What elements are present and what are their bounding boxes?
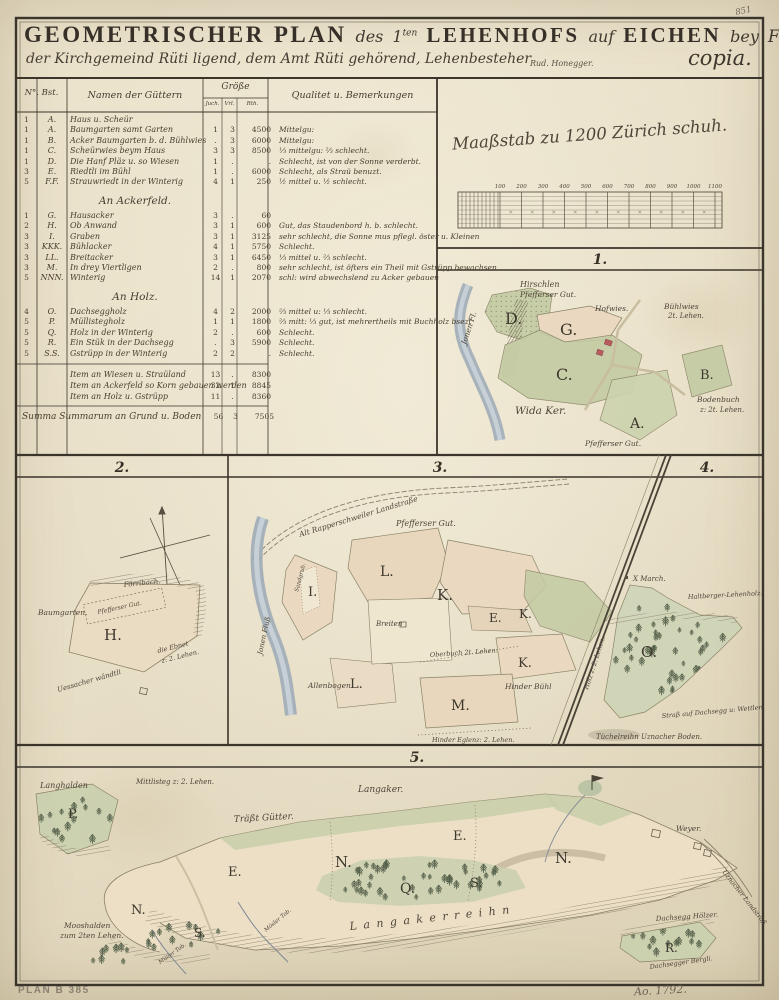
cell-map-no: 3 bbox=[16, 167, 37, 177]
cell-letter: KKK. bbox=[37, 242, 67, 252]
label-landstrass: Uznacher Landstraß bbox=[720, 868, 768, 926]
cell-quality bbox=[274, 391, 445, 402]
label-breiten: Breiten bbox=[375, 620, 403, 628]
table-row: 3 KKK. Bühlacker 4 1 5750 Schlecht. bbox=[16, 242, 445, 252]
scale-tick: 800 bbox=[645, 184, 656, 190]
summary-row: Item an Wiesen u. Straüland 13 . 8300 bbox=[16, 369, 445, 380]
rows-summary: Item an Wiesen u. Straüland 13 . 8300 It… bbox=[16, 369, 445, 402]
letter-n2: N. bbox=[335, 853, 352, 871]
letter-h: H. bbox=[104, 626, 122, 644]
cell-name: Winterig bbox=[67, 273, 206, 283]
cell-letter: H. bbox=[37, 221, 67, 231]
cell-map-no: 4 bbox=[16, 307, 37, 317]
scale-tick: 1100 bbox=[708, 184, 722, 190]
cell-viertel: 2 bbox=[225, 307, 240, 317]
cell-map-no: 1 bbox=[16, 115, 37, 125]
cell-map-no bbox=[16, 391, 37, 402]
label-hirschlen2: Pfefferser Gut. bbox=[519, 290, 576, 299]
cell-ruten: . bbox=[240, 157, 274, 167]
header-juchart: Juch. bbox=[203, 101, 222, 107]
cell-viertel: . bbox=[225, 391, 240, 402]
label-pfefferser-gut: Pfefferser Gut. bbox=[584, 439, 641, 448]
letter-g: G. bbox=[560, 320, 577, 339]
label-march: X March. bbox=[632, 575, 666, 583]
letter-n1: N. bbox=[131, 903, 146, 918]
cell-juchart: 11 bbox=[206, 391, 225, 402]
title-block: GEOMETRISCHER PLAN des 1ten LEHENHOFS au… bbox=[24, 22, 761, 48]
label-hinderbuhl: Hinder Bühl bbox=[504, 682, 552, 691]
label-haltberger: Haltberger-Lehenholz. bbox=[687, 589, 763, 601]
map-5: 5. bbox=[36, 750, 768, 974]
plan-sheet: 851 Maaßstab zu 1200 Zürich schuh. bbox=[0, 0, 779, 1000]
label-mooshalden2: zum 2ten Lehen. bbox=[59, 931, 124, 940]
cell-map-no: 1 bbox=[16, 136, 37, 146]
table-row: 1 D. Die Hanf Pläz u. so Wiesen 1 . . Sc… bbox=[16, 157, 445, 167]
total-ruten: 7505 bbox=[243, 411, 277, 423]
scale-tick: 1000 bbox=[687, 184, 701, 190]
cell-name: Item an Wiesen u. Straüland bbox=[67, 369, 206, 380]
cell-name: Gstrüpp in der Winterig bbox=[67, 349, 206, 359]
cell-letter: LL. bbox=[37, 253, 67, 263]
title-word: 1ten bbox=[392, 27, 417, 46]
cell-name: Hausacker bbox=[67, 211, 206, 221]
header-viertel: Vrl. bbox=[222, 101, 237, 107]
cell-juchart: 1 bbox=[206, 157, 225, 167]
cell-quality: ⅔ mittel u: ⅓ schlecht. bbox=[274, 307, 445, 317]
table-row: 5 R. Ein Stük in der Dachsegg . 3 5900 S… bbox=[16, 338, 445, 348]
cell-viertel: 3 bbox=[225, 136, 240, 146]
cell-letter: M. bbox=[37, 263, 67, 273]
map-4-number: 4. bbox=[700, 460, 715, 476]
cell-letter: C. bbox=[37, 146, 67, 156]
cell-viertel: 1 bbox=[225, 242, 240, 252]
archive-stamp: PLAN B 385 bbox=[18, 985, 90, 996]
cell-juchart: . bbox=[206, 338, 225, 348]
cell-ruten: 5750 bbox=[240, 242, 274, 252]
summary-row: Item an Holz u. Gstrüpp 11 . 8360 bbox=[16, 391, 445, 402]
section-ackerfeld: An Ackerfeld. bbox=[67, 195, 203, 207]
letter-m: M. bbox=[451, 698, 470, 714]
letter-p: P. bbox=[68, 807, 78, 822]
letter-k3: K. bbox=[518, 656, 532, 671]
cell-map-no: 1 bbox=[16, 125, 37, 135]
cell-ruten: 6000 bbox=[240, 136, 274, 146]
cell-name: Acker Baumgarten b. d. Bühlwies bbox=[67, 136, 206, 146]
cell-letter bbox=[37, 391, 67, 402]
table-row: 3 M. In drey Viertligen 2 . 800 sehr sch… bbox=[16, 263, 445, 273]
rows-group-2: 1 G. Hausacker 3 . 60 2 H. Ob Anwand 3 1… bbox=[16, 211, 445, 284]
map-3-number: 3. bbox=[433, 460, 448, 476]
cell-viertel: . bbox=[225, 167, 240, 177]
cell-ruten: 4500 bbox=[240, 125, 274, 135]
title-word: EICHEN bbox=[623, 23, 721, 48]
tenant-note: Rud. Honegger. bbox=[530, 59, 594, 68]
cell-quality: Schlecht, als Straü benuzt. bbox=[274, 167, 445, 177]
cell-ruten: . bbox=[240, 349, 274, 359]
title-word: Ferrach in bbox=[768, 27, 779, 47]
cell-letter: NNN. bbox=[37, 273, 67, 283]
title-line1: GEOMETRISCHER PLAN des 1ten LEHENHOFS au… bbox=[24, 22, 761, 48]
cell-juchart: 1 bbox=[206, 125, 225, 135]
cell-letter: D. bbox=[37, 157, 67, 167]
label-mittlisteg: Mittlisteg z: 2. Lehen. bbox=[135, 778, 214, 786]
flag bbox=[592, 775, 604, 782]
cell-juchart: 3 bbox=[206, 232, 225, 242]
corner-number: 851 bbox=[735, 5, 753, 18]
cell-name: Graben bbox=[67, 232, 206, 242]
cell-name: Müllistegholz bbox=[67, 317, 206, 327]
cell-letter bbox=[37, 369, 67, 380]
cell-viertel: 1 bbox=[225, 221, 240, 231]
scale-tick: 700 bbox=[624, 184, 635, 190]
letter-b: B. bbox=[700, 368, 714, 383]
letter-r: R. bbox=[665, 941, 678, 955]
cell-letter: F.F. bbox=[37, 177, 67, 187]
scale-tick: 100 bbox=[495, 184, 506, 190]
cell-map-no: 5 bbox=[16, 177, 37, 187]
cell-letter: O. bbox=[37, 307, 67, 317]
cell-ruten: 60 bbox=[240, 211, 274, 221]
title-word: des bbox=[355, 27, 383, 46]
green-parcel bbox=[524, 570, 612, 642]
cell-quality: ⅓ mittel u. ⅔ schlecht. bbox=[274, 253, 445, 263]
scale-tick-labels: 100 200 300 400 500 600 700 800 900 1000… bbox=[495, 184, 723, 190]
table-row: 1 A. Baumgarten samt Garten 1 3 4500 Mit… bbox=[16, 125, 445, 135]
cell-ruten: 6450 bbox=[240, 253, 274, 263]
cell-viertel: 1 bbox=[225, 317, 240, 327]
cell-ruten: 250 bbox=[240, 177, 274, 187]
cell-map-no: 1 bbox=[16, 157, 37, 167]
cell-quality: Mittelgu: bbox=[274, 125, 445, 135]
cell-quality: ½ mittel u. ½ schlecht. bbox=[274, 177, 445, 187]
label-strasse: Straß auf Dachsegg u: Wettlen. bbox=[661, 703, 765, 720]
cell-quality: Schlecht. bbox=[274, 242, 445, 252]
map-2-number: 2. bbox=[114, 460, 130, 476]
cell-map-no: 3 bbox=[16, 242, 37, 252]
table-row: 1 C. Scheürwies beym Haus 3 3 8500 ⅓ mit… bbox=[16, 146, 445, 156]
label-bodenbuch2: z: 2t. Lehen. bbox=[699, 406, 744, 414]
cell-quality bbox=[274, 380, 445, 391]
cell-quality: ⅔ mitt: ⅓ gut, ist mehrertheils mit Buch… bbox=[274, 317, 445, 327]
cell-ruten bbox=[240, 115, 274, 125]
label-boden: Tüchelreihn Uznacher Boden. bbox=[596, 733, 702, 741]
cell-quality: schl: wird abwechslend zu Acker gebauen bbox=[274, 273, 445, 283]
march-stone bbox=[625, 576, 628, 579]
map-5-number: 5. bbox=[410, 750, 425, 766]
letter-l1: L. bbox=[380, 564, 394, 580]
cell-ruten: 8360 bbox=[240, 391, 274, 402]
cell-ruten: 8845 bbox=[240, 380, 274, 391]
cell-name: Ein Stük in der Dachsegg bbox=[67, 338, 206, 348]
label-widaker: Wida Ker. bbox=[515, 405, 566, 417]
label-buhlwies: Bühlwies bbox=[663, 302, 699, 311]
cell-quality bbox=[274, 369, 445, 380]
cell-viertel: . bbox=[225, 211, 240, 221]
letter-e1: E. bbox=[228, 865, 242, 880]
label-wandtli: Uessacher wändtli bbox=[56, 668, 122, 694]
label-eglenz: Hinder Eglenz: 2. Lehen. bbox=[431, 736, 515, 744]
cell-map-no: 3 bbox=[16, 253, 37, 263]
cell-letter bbox=[37, 380, 67, 391]
summary-row: Item an Ackerfeld so Korn gebauen werden… bbox=[16, 380, 445, 391]
cell-name: Riedtli im Bühl bbox=[67, 167, 206, 177]
building-outline bbox=[139, 687, 147, 694]
cell-quality: Schlecht. bbox=[274, 338, 445, 348]
letter-s1: S. bbox=[194, 926, 206, 940]
label-trast: Träßt Gütter. bbox=[234, 812, 294, 825]
title-num: 1 bbox=[392, 27, 402, 46]
cell-quality bbox=[274, 211, 445, 221]
parcel-k3 bbox=[496, 634, 576, 680]
cell-ruten: 2000 bbox=[240, 307, 274, 317]
table-row: 3 I. Graben 3 1 3125 sehr schlecht, die … bbox=[16, 232, 445, 242]
table-row: 5 S.S. Gstrüpp in der Winterig 2 2 . Sch… bbox=[16, 349, 445, 359]
title-word: bey bbox=[730, 27, 759, 46]
parcel-l1 bbox=[348, 528, 448, 602]
scale-box: Maaßstab zu 1200 Zürich schuh. bbox=[451, 115, 728, 228]
total-viertel: 3 bbox=[228, 411, 243, 423]
cell-letter: B. bbox=[37, 136, 67, 146]
letter-c: C. bbox=[556, 365, 573, 384]
cell-juchart: 3 bbox=[206, 221, 225, 231]
label-baumgarten: Baumgarten. bbox=[37, 608, 87, 617]
cell-ruten: 800 bbox=[240, 263, 274, 273]
letter-e: E. bbox=[489, 611, 502, 625]
cell-name: Die Hanf Pläz u. so Wiesen bbox=[67, 157, 206, 167]
cell-viertel: . bbox=[225, 328, 240, 338]
cell-letter: P. bbox=[37, 317, 67, 327]
copia-note: copia. bbox=[688, 46, 752, 70]
cell-quality: Schlecht, ist von der Sonne verderbt. bbox=[274, 157, 445, 167]
cell-ruten: 1800 bbox=[240, 317, 274, 327]
scale-tick: 300 bbox=[538, 184, 549, 190]
scale-tick: 400 bbox=[558, 184, 570, 190]
table-row: 3 E. Riedtli im Bühl 1 . 6000 Schlecht, … bbox=[16, 167, 445, 177]
label-hirschlen: Hirschlen bbox=[519, 280, 560, 289]
label-pfefferser-gut: Pfefferser Gut. bbox=[395, 519, 456, 528]
cell-map-no: 2 bbox=[16, 221, 37, 231]
rows-group-3: 4 O. Dachseggholz 4 2 2000 ⅔ mittel u: ⅓… bbox=[16, 307, 445, 359]
cell-map-no: 1 bbox=[16, 146, 37, 156]
table-row: 1 B. Acker Baumgarten b. d. Bühlwies . 3… bbox=[16, 136, 445, 146]
label-landstrasse: Alt Rapperschweiler Landstraße bbox=[297, 494, 419, 539]
scale-tick: 900 bbox=[667, 184, 678, 190]
scale-tick: 500 bbox=[581, 184, 592, 190]
cell-juchart: 13 bbox=[206, 369, 225, 380]
cell-ruten: 5900 bbox=[240, 338, 274, 348]
cell-juchart: 3 bbox=[206, 211, 225, 221]
cell-map-no: 1 bbox=[16, 211, 37, 221]
cell-juchart: 2 bbox=[206, 328, 225, 338]
letter-l2: L. bbox=[350, 677, 363, 692]
cell-viertel: 1 bbox=[225, 177, 240, 187]
table-row: 1 G. Hausacker 3 . 60 bbox=[16, 211, 445, 221]
cell-letter: A. bbox=[37, 115, 67, 125]
cell-ruten: 6000 bbox=[240, 167, 274, 177]
cell-name: Breitacker bbox=[67, 253, 206, 263]
cell-juchart: . bbox=[206, 136, 225, 146]
header-size: Größe bbox=[203, 82, 268, 92]
cell-juchart: 1 bbox=[206, 167, 225, 177]
cell-viertel: 3 bbox=[225, 125, 240, 135]
cell-map-no: 5 bbox=[16, 349, 37, 359]
cell-name: Holz in der Winterig bbox=[67, 328, 206, 338]
letter-e2: E. bbox=[453, 829, 467, 844]
cell-name: Scheürwies beym Haus bbox=[67, 146, 206, 156]
label-hofwies: Hofwies. bbox=[594, 304, 628, 313]
title-word: LEHENHOFS bbox=[426, 23, 579, 48]
header-ruten: Rth. bbox=[237, 101, 268, 107]
cell-quality bbox=[274, 115, 445, 125]
cell-map-no bbox=[16, 369, 37, 380]
cell-name: In drey Viertligen bbox=[67, 263, 206, 273]
cell-ruten: 600 bbox=[240, 221, 274, 231]
cell-juchart: 2 bbox=[206, 349, 225, 359]
cell-quality: sehr schlecht, ist öfters ein Theil mit … bbox=[274, 263, 445, 273]
letter-k2: K. bbox=[519, 607, 532, 621]
cell-map-no bbox=[16, 380, 37, 391]
cell-viertel: . bbox=[225, 369, 240, 380]
cell-viertel: 1 bbox=[225, 273, 240, 283]
cell-map-no: 5 bbox=[16, 338, 37, 348]
cell-map-no: 3 bbox=[16, 263, 37, 273]
label-langhalden: Langhalden bbox=[39, 781, 88, 790]
cell-name: Baumgarten samt Garten bbox=[67, 125, 206, 135]
letter-q: Q. bbox=[400, 881, 415, 897]
pond-blob bbox=[578, 780, 602, 796]
header-no-bst: N°. Bst. bbox=[16, 88, 67, 98]
cell-juchart: 2 bbox=[206, 263, 225, 273]
cell-juchart: 14 bbox=[206, 273, 225, 283]
cell-name: Ob Anwand bbox=[67, 221, 206, 231]
cell-quality: Schlecht. bbox=[274, 328, 445, 338]
table-row: 3 LL. Breitacker 3 1 6450 ⅓ mittel u. ⅔ … bbox=[16, 253, 445, 263]
cell-viertel bbox=[225, 115, 240, 125]
table-row: 2 H. Ob Anwand 3 1 600 Gut, das Staudenb… bbox=[16, 221, 445, 231]
cell-name: Strauwriedt in der Winterig bbox=[67, 177, 206, 187]
cell-viertel: 1 bbox=[225, 232, 240, 242]
cell-quality: Schlecht. bbox=[274, 349, 445, 359]
cell-ruten: 8300 bbox=[240, 369, 274, 380]
cell-name: Dachseggholz bbox=[67, 307, 206, 317]
title-line2: der Kirchgemeind Rüti ligend, dem Amt Rü… bbox=[26, 51, 546, 67]
map-1: 1. Jonen Fl. Hirschlen Pfefferser Gut. H… bbox=[459, 252, 744, 448]
section-holz: An Holz. bbox=[67, 291, 203, 303]
cell-quality: Mittelgu: bbox=[274, 136, 445, 146]
cell-letter: I. bbox=[37, 232, 67, 242]
label-buhlwies2: 2t. Lehen. bbox=[667, 312, 704, 320]
label-mooshalden: Mooshalden bbox=[63, 921, 110, 930]
title-word: PLAN bbox=[274, 22, 347, 48]
map-2: 2. Pfefferser Gut. Förribach. Baumgarten… bbox=[37, 460, 210, 695]
header-name: Namen der Güttern bbox=[67, 90, 203, 101]
cell-ruten: 3125 bbox=[240, 232, 274, 242]
cell-name: Haus u. Scheür bbox=[67, 115, 206, 125]
cell-juchart: 3 bbox=[206, 253, 225, 263]
cell-juchart: 32 bbox=[206, 380, 225, 391]
cell-ruten: 600 bbox=[240, 328, 274, 338]
cell-map-no: 5 bbox=[16, 273, 37, 283]
cell-letter: S.S. bbox=[37, 349, 67, 359]
cell-viertel: . bbox=[225, 263, 240, 273]
cell-letter: R. bbox=[37, 338, 67, 348]
cell-map-no: 3 bbox=[16, 232, 37, 242]
total-juchart: 56 bbox=[209, 411, 228, 423]
label-bodenbuch: Bodenbuch bbox=[696, 395, 740, 404]
table-row: 5 F.F. Strauwriedt in der Winterig 4 1 2… bbox=[16, 177, 445, 187]
cell-letter: A. bbox=[37, 125, 67, 135]
cell-juchart: 4 bbox=[206, 177, 225, 187]
cell-ruten: 2070 bbox=[240, 273, 274, 283]
cell-name: Bühlacker bbox=[67, 242, 206, 252]
scale-tick: 200 bbox=[515, 184, 527, 190]
total-row: Summa Summarum an Grund u. Boden 56 3 75… bbox=[16, 411, 277, 423]
cell-viertel: 2 bbox=[225, 349, 240, 359]
title-num-sup: ten bbox=[403, 29, 418, 39]
cell-juchart: 1 bbox=[206, 317, 225, 327]
map-1-number: 1. bbox=[593, 252, 608, 268]
table-row: 1 A. Haus u. Scheür bbox=[16, 115, 445, 125]
cell-ruten: 8500 bbox=[240, 146, 274, 156]
cell-juchart: 4 bbox=[206, 307, 225, 317]
forest-o bbox=[604, 585, 742, 718]
letter-d: D. bbox=[505, 309, 522, 328]
letter-s2: S. bbox=[470, 876, 483, 891]
letter-i: I. bbox=[308, 585, 317, 600]
cell-map-no: 5 bbox=[16, 328, 37, 338]
letter-n3: N. bbox=[555, 849, 572, 867]
label-langaker: Langaker. bbox=[357, 785, 403, 795]
cell-viertel: 3 bbox=[225, 338, 240, 348]
label-weyer: Weyer. bbox=[676, 824, 701, 833]
trees-corner bbox=[91, 943, 129, 965]
letter-k1: K. bbox=[437, 586, 453, 604]
cell-letter: E. bbox=[37, 167, 67, 177]
cell-quality: Gut, das Staudenbord h. b. schlecht. bbox=[274, 221, 445, 231]
cell-viertel: 3 bbox=[225, 146, 240, 156]
scale-title: Maaßstab zu 1200 Zürich schuh. bbox=[451, 115, 728, 153]
cell-viertel: . bbox=[225, 157, 240, 167]
cell-letter: Q. bbox=[37, 328, 67, 338]
scale-tick: 600 bbox=[602, 184, 613, 190]
cell-quality: ⅓ mittelgu: ⅔ schlecht. bbox=[274, 146, 445, 156]
cell-name: Item an Ackerfeld so Korn gebauen werden bbox=[67, 380, 206, 391]
title-word: GEOMETRISCHER bbox=[24, 22, 265, 48]
letter-o: O. bbox=[641, 643, 657, 661]
cell-juchart: 3 bbox=[206, 146, 225, 156]
total-label: Summa Summarum an Grund u. Boden bbox=[16, 411, 209, 423]
cell-map-no: 5 bbox=[16, 317, 37, 327]
map-3: 3. Alt Rapperschweiler Landstraße Pfeffe… bbox=[252, 460, 612, 744]
cell-letter: G. bbox=[37, 211, 67, 221]
title-word: auf bbox=[589, 27, 615, 46]
table-row: 4 O. Dachseggholz 4 2 2000 ⅔ mittel u: ⅓… bbox=[16, 307, 445, 317]
rows-group-1: 1 A. Haus u. Scheür 1 A. Baumgarten samt… bbox=[16, 115, 445, 188]
cell-juchart: 4 bbox=[206, 242, 225, 252]
header-quality: Qualitet u. Bemerkungen bbox=[268, 90, 437, 101]
cell-viertel: 1 bbox=[225, 380, 240, 391]
table-row: 5 P. Müllistegholz 1 1 1800 ⅔ mitt: ⅓ gu… bbox=[16, 317, 445, 327]
table-row: 5 NNN. Winterig 14 1 2070 schl: wird abw… bbox=[16, 273, 445, 283]
letter-a: A. bbox=[629, 416, 645, 432]
cell-juchart bbox=[206, 115, 225, 125]
cell-viertel: 1 bbox=[225, 253, 240, 263]
cell-quality: sehr schlecht, die Sonne mus pflegl. öst… bbox=[274, 232, 445, 242]
label-allenbogen: Allenbogen. bbox=[307, 681, 353, 690]
cell-name: Item an Holz u. Gstrüpp bbox=[67, 391, 206, 402]
date-note: Ao. 1792. bbox=[634, 983, 687, 999]
table-row: 5 Q. Holz in der Winterig 2 . 600 Schlec… bbox=[16, 328, 445, 338]
